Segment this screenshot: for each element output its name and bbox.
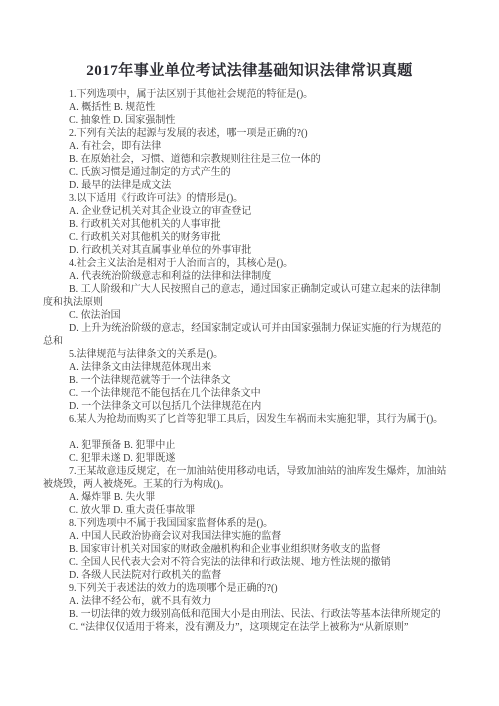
question-stem-4: 4.社会主义法治是相对于人治而言的，其核心是()。 <box>43 257 447 270</box>
question-5-option-line: C. 一个法律规范不能包括在几个法律条文中 <box>43 387 447 400</box>
question-stem-3: 3.以下适用《行政许可法》的情形是()。 <box>43 192 447 205</box>
question-7-option-line: A. 爆炸罪 B. 失火罪 <box>43 491 447 504</box>
question-9-option-line: C. “法律仅仅适用于将来，没有溯及力”，这项规定在法学上被称为“从新原则” <box>43 621 447 634</box>
question-4-option-line: A. 代表统治阶级意志和利益的法律和法律制度 <box>43 270 447 283</box>
question-5-option-line: A. 法律条文由法律规范体现出来 <box>43 361 447 374</box>
question-4-option-line: D. 上升为统治阶级的意志，经国家制定或认可并由国家强制力保证实施的行为规范的总… <box>43 322 447 348</box>
question-6-option-line: C. 犯罪未遂 D. 犯罪既遂 <box>43 452 447 465</box>
question-list: 1.下列选项中，属于法区别于其他社会规范的特征是()。A. 概括性 B. 规范性… <box>43 88 447 634</box>
question-3-option-line: D. 行政机关对其直属事业单位的外事审批 <box>43 244 447 257</box>
question-8-option-line: A. 中国人民政治协商会议对我国法律实施的监督 <box>43 530 447 543</box>
page-title: 2017年事业单位考试法律基础知识法律常识真题 <box>0 0 499 81</box>
question-stem-6: 6.某人为抢劫而购买了匕首等犯罪工具后，因发生车祸而未实施犯罪，其行为属于()。 <box>43 413 447 426</box>
question-7-option-line: C. 放火罪 D. 重大责任事故罪 <box>43 504 447 517</box>
question-3-option-line: C. 行政机关对其他机关的财务审批 <box>43 231 447 244</box>
question-stem-1: 1.下列选项中，属于法区别于其他社会规范的特征是()。 <box>43 88 447 101</box>
question-4-option-line: B. 工人阶级和广大人民按照自己的意志，通过国家正确制定或认可建立起来的法律制度… <box>43 283 447 309</box>
question-stem-7: 7.王某故意违反规定，在一加油站使用移动电话，导致加油站的油库发生爆炸，加油站被… <box>43 465 447 491</box>
question-3-option-line: B. 行政机关对其他机关的人事审批 <box>43 218 447 231</box>
question-4-option-line: C. 依法治国 <box>43 309 447 322</box>
question-stem-8: 8.下列选项中不属于我国国家监督体系的是()。 <box>43 517 447 530</box>
question-stem-9: 9.下列关于表述法的效力的选项哪个是正确的?() <box>43 582 447 595</box>
question-stem-2: 2.下列有关法的起源与发展的表述，哪一项是正确的?() <box>43 127 447 140</box>
question-5-option-line: B. 一个法律规范就等于一个法律条文 <box>43 374 447 387</box>
question-2-option-line: B. 在原始社会，习惯、道德和宗教规则往往是三位一体的 <box>43 153 447 166</box>
question-stem-5: 5.法律规范与法律条文的关系是()。 <box>43 348 447 361</box>
question-2-option-line: D. 最早的法律是成文法 <box>43 179 447 192</box>
question-9-option-line: A. 法律不经公布，就不具有效力 <box>43 595 447 608</box>
question-8-option-line: B. 国家审计机关对国家的财政金融机构和企业事业组织财务收支的监督 <box>43 543 447 556</box>
question-5-option-line: D. 一个法律条文可以包括几个法律规范在内 <box>43 400 447 413</box>
question-2-option-line: C. 氏族习惯是通过制定的方式产生的 <box>43 166 447 179</box>
question-1-option-line: C. 抽象性 D. 国家强制性 <box>43 114 447 127</box>
question-2-option-line: A. 有社会，即有法律 <box>43 140 447 153</box>
question-3-option-line: A. 企业登记机关对其企业设立的审查登记 <box>43 205 447 218</box>
question-9-option-line: B. 一切法律的效力级别高低和范围大小是由刑法、民法、行政法等基本法律所规定的 <box>43 608 447 621</box>
question-1-option-line: A. 概括性 B. 规范性 <box>43 101 447 114</box>
document-page: 2017年事业单位考试法律基础知识法律常识真题 1.下列选项中，属于法区别于其他… <box>0 0 499 706</box>
question-8-option-line: D. 各级人民法院对行政机关的监督 <box>43 569 447 582</box>
question-8-option-line: C. 全国人民代表大会对不符合宪法的法律和行政法规、地方性法规的撤销 <box>43 556 447 569</box>
question-6-option-line: A. 犯罪预备 B. 犯罪中止 <box>43 439 447 452</box>
